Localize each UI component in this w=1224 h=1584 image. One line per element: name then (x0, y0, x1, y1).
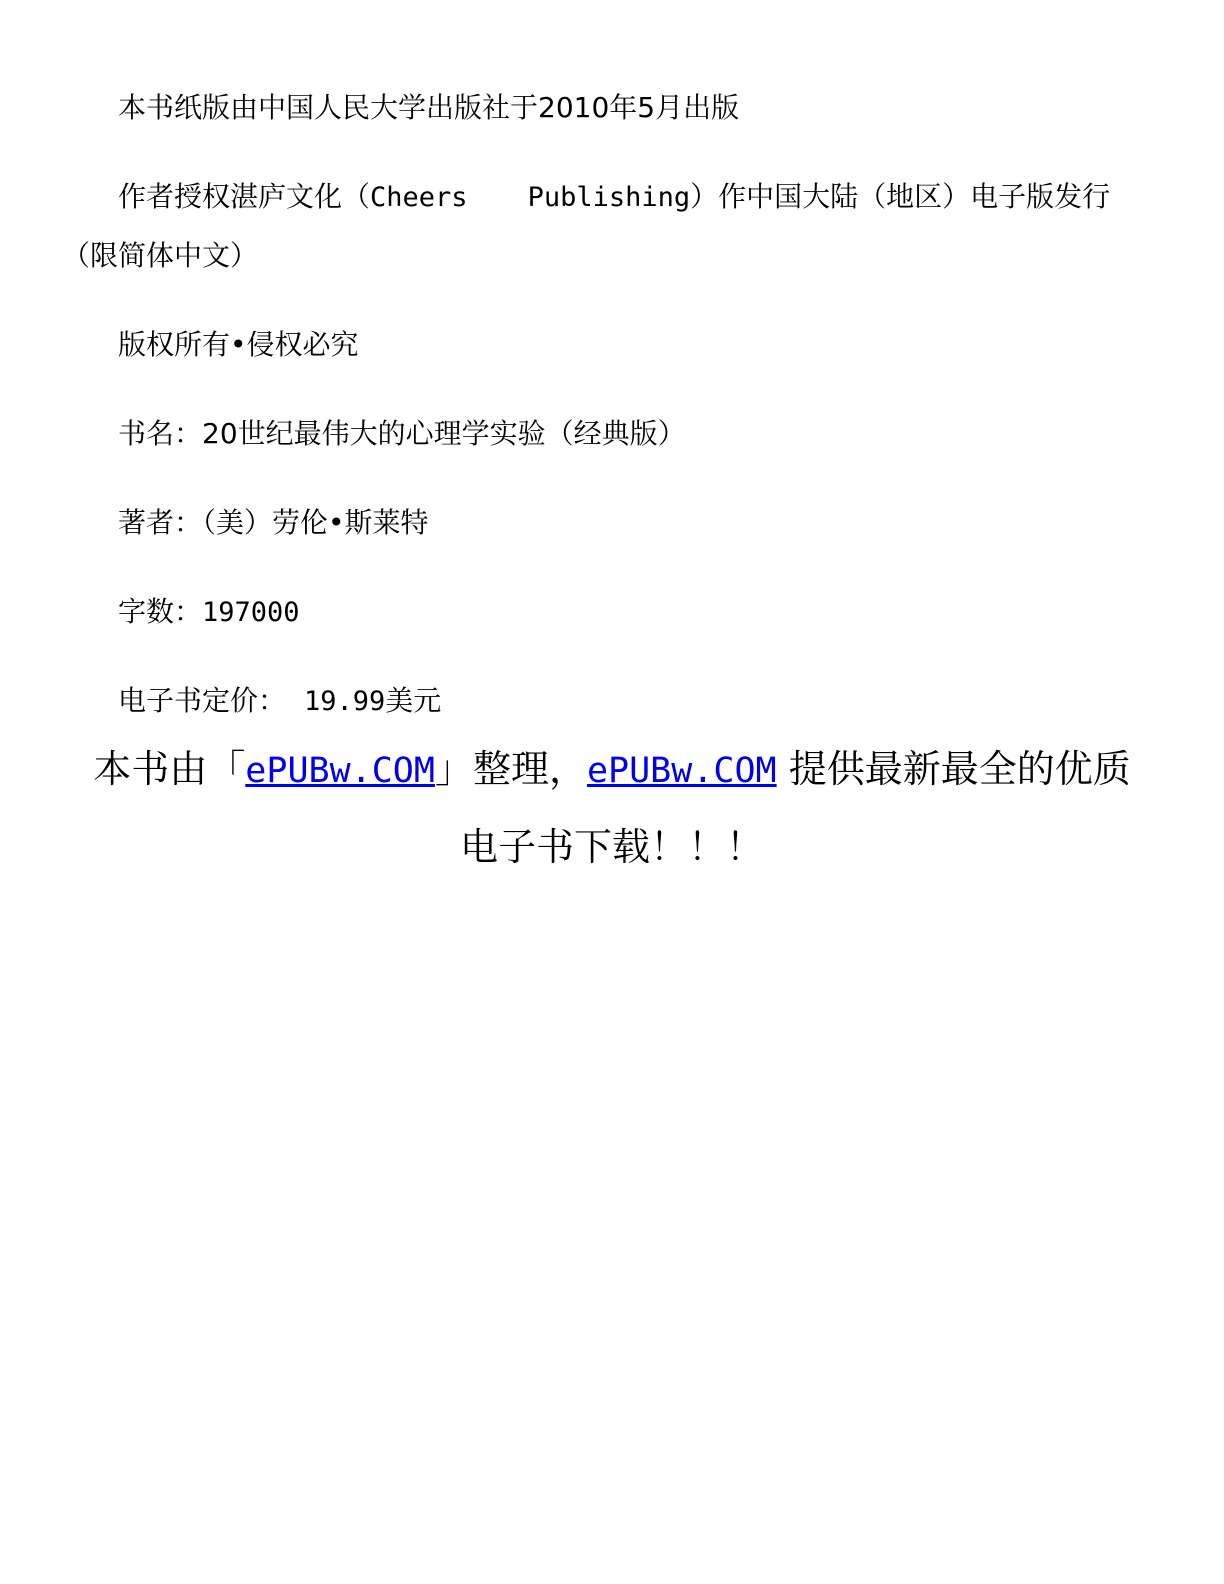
wordcount-label: 字数： (118, 595, 202, 628)
print-edition-text: 本书纸版由中国人民大学出版社于2010年5月出版 (118, 91, 739, 124)
print-edition-paragraph: 本书纸版由中国人民大学出版社于2010年5月出版 (62, 78, 1162, 138)
price-label: 电子书定价： (118, 684, 286, 717)
footer-suffix: 提供最新最全的优质 (777, 747, 1131, 791)
title-paragraph: 书名：20世纪最伟大的心理学实验（经典版） (62, 404, 1162, 464)
price-paragraph: 电子书定价：19.99美元 (62, 671, 1162, 732)
epubw-link-1[interactable]: ePUBw.COM (245, 751, 435, 791)
license-suffix: ）作中国大陆（地区）电子版发行 (690, 180, 1110, 213)
author-paragraph: 著者：（美）劳伦•斯莱特 (62, 493, 1162, 553)
price-number: 19.99 (304, 686, 385, 717)
wordcount-paragraph: 字数：197000 (62, 582, 1162, 643)
wordcount-value: 197000 (202, 597, 300, 628)
license-paragraph-line2: （限简体中文） (62, 226, 1162, 286)
copyright-paragraph: 版权所有•侵权必究 (62, 315, 1162, 375)
copyright-text: 版权所有•侵权必究 (118, 328, 359, 361)
title-label: 书名： (118, 417, 202, 450)
footer-line1: 本书由「ePUBw.COM」整理，ePUBw.COM 提供最新最全的优质 (62, 730, 1162, 810)
author-value: （美）劳伦•斯莱特 (202, 506, 429, 539)
license-cheers: Cheers (370, 182, 468, 213)
price-unit: 美元 (385, 684, 441, 717)
title-value: 20世纪最伟大的心理学实验（经典版） (202, 417, 686, 450)
license-publishing: Publishing (528, 182, 691, 213)
author-label: 著者： (118, 506, 202, 539)
footer-line2-text: 电子书下载！！！ (460, 825, 764, 869)
footer-middle: 」整理， (435, 747, 587, 791)
footer-line2: 电子书下载！！！ (62, 808, 1162, 886)
footer-prefix: 本书由「 (93, 747, 245, 791)
license-prefix: 作者授权湛庐文化（ (118, 180, 370, 213)
epubw-link-2[interactable]: ePUBw.COM (587, 751, 777, 791)
license-line2: （限简体中文） (62, 239, 258, 272)
license-paragraph: 作者授权湛庐文化（CheersPublishing）作中国大陆（地区）电子版发行 (62, 167, 1162, 228)
document-page: 本书纸版由中国人民大学出版社于2010年5月出版 作者授权湛庐文化（Cheers… (0, 0, 1224, 1584)
